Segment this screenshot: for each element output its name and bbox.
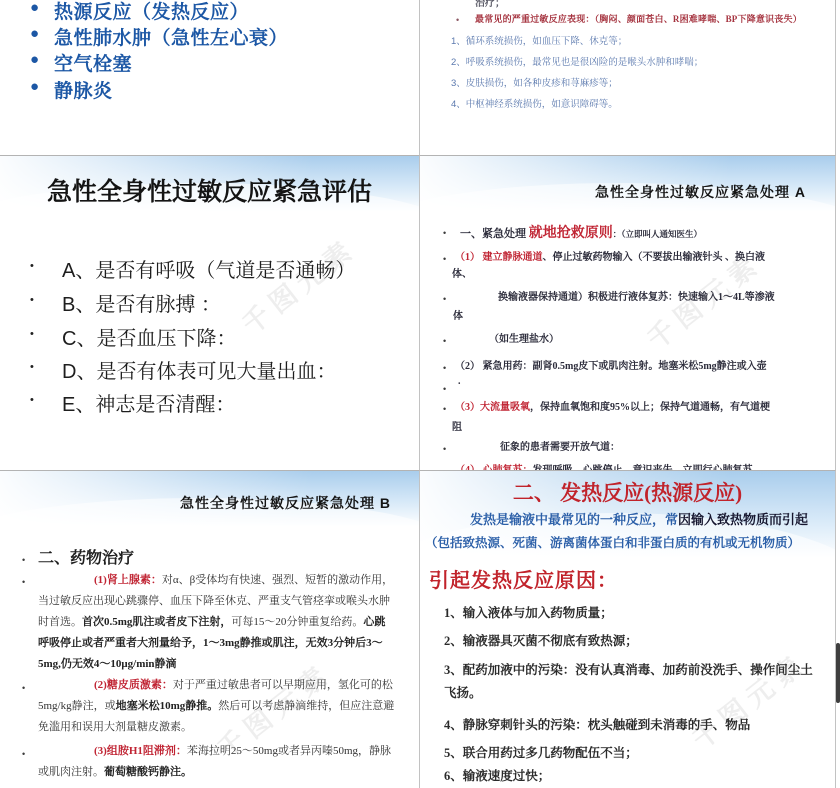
bullet-icon: • [443, 363, 446, 373]
list-item: 3、配药加液中的污染：没有认真消毒、加药前没洗手、操作间尘土飞扬。 [444, 659, 822, 705]
text-line: （2） 紧急用药：副肾0.5mg皮下或肌肉注射。地塞米松5mg静注或入壶 [455, 357, 767, 372]
list-item: 急性肺水肿（急性左心衰） [54, 23, 288, 50]
text-segment: 一、紧急处理 [460, 228, 529, 240]
paragraph: (2)糖皮质激素：对于严重过敏患者可以早期应用，氢化可的松5mg/kg静注，或地… [38, 675, 396, 738]
bullet-icon: • [22, 555, 25, 565]
text-line: . [458, 376, 461, 387]
slide-thumbnail-3[interactable]: 急性全身性过敏反应紧急评估 • A、是否有呼吸（气道是否通畅） • B、是否有脉… [0, 156, 420, 471]
text-segment: （1） 建立静脉通道 [455, 252, 543, 263]
text-segment: 葡萄糖酸钙静注。 [104, 766, 192, 778]
bullet-icon: ● [30, 0, 39, 16]
bullet-icon: ● [30, 51, 39, 68]
bullet-icon: • [30, 394, 34, 406]
list-item: A、是否有呼吸（气道是否通畅） [62, 254, 355, 283]
slide-thumbnail-1[interactable]: ● 热源反应（发热反应） ● 急性肺水肿（急性左心衰） ● 空气栓塞 ● 静脉炎 [0, 0, 420, 156]
bullet-icon: • [443, 404, 446, 414]
slide-thumbnail-6[interactable]: 二、 发热反应(热源反应) 发热是输液中最常见的一种反应，常因输入致热物质而引起… [420, 471, 836, 788]
list-item: 5、联合用药过多几药物配伍不当； [444, 742, 822, 765]
text-segment: 地塞米松10mg静推。 [116, 700, 219, 712]
text-line: 换输液器保持通道）积极进行液体复苏：快速输入1～4L等渗液 [498, 288, 775, 303]
scrollbar-thumb[interactable] [836, 643, 840, 703]
list-item: 2、呼吸系统损伤，最常见也是很凶险的是喉头水肿和哮喘； [451, 54, 703, 68]
bullet-icon: • [443, 294, 446, 304]
text-segment: 就地抢救原则 [529, 226, 613, 241]
list-item: B、是否有脉搏 ： [62, 288, 221, 317]
bullet-icon: • [443, 254, 446, 264]
bullet-icon: • [22, 577, 25, 587]
list-item: 6、输液速度过快； [444, 765, 822, 788]
text-segment: 首次0.5mg肌注或者皮下注射， [82, 616, 231, 628]
section-heading: 二、药物治疗 [38, 545, 134, 568]
bullet-icon: • [30, 260, 34, 272]
list-item: 热源反应（发热反应） [54, 0, 249, 24]
slide-title: 急性全身性过敏反应紧急处理 A [595, 182, 806, 202]
text-line: 阻 [452, 418, 462, 433]
list-item: C、是否血压下降： [62, 322, 236, 351]
list-item: 4、静脉穿刺针头的污染：枕头触碰到未消毒的手、物品 [444, 714, 822, 737]
bullet-icon: • [22, 749, 25, 759]
slide-title: 二、 发热反应(热源反应) [420, 477, 835, 507]
text-segment: 因输入致热物质而引起 [678, 512, 808, 527]
bullet-icon: • [30, 361, 34, 373]
bullet-icon: • [22, 683, 25, 693]
list-item: 3、皮肤损伤，如各种皮疹和荨麻疹等； [451, 75, 618, 89]
text-segment: 、停止过敏药物输入（不要拔出输液针头 、换白液 [543, 252, 766, 263]
list-item: 1、输入液体与加入药物质量； [444, 602, 822, 625]
bullet-icon: • [456, 15, 459, 25]
text-segment: (2)糖皮质激素： [94, 679, 173, 691]
bullet-icon: ● [30, 25, 39, 42]
bullet-icon: • [30, 328, 34, 340]
slide-thumbnail-4[interactable]: 急性全身性过敏反应紧急处理 A • 一、紧急处理 就地抢救原则：（立即叫人通知医… [420, 156, 836, 471]
bullet-icon: • [30, 294, 34, 306]
slide-title: 急性全身性过敏反应紧急处理 B [180, 493, 391, 513]
slide-grid: ● 热源反应（发热反应） ● 急性肺水肿（急性左心衰） ● 空气栓塞 ● 静脉炎… [0, 0, 840, 788]
clipped-text-line: 治疗； [475, 0, 505, 9]
text-segment: 发热是输液中最常见的一种反应，常 [470, 512, 678, 527]
list-item: 4、中枢神经系统损伤，如意识障碍等。 [451, 96, 618, 110]
bullet-icon: • [443, 336, 446, 346]
list-item: 静脉炎 [54, 76, 113, 103]
slide-thumbnail-2[interactable]: 治疗； • 最常见的严重过敏反应表现：（胸闷、颜面苍白、R困难哮喘、BP下降意识… [420, 0, 836, 156]
text-segment: (1)肾上腺素： [94, 574, 162, 586]
text-segment: ，保持血氧饱和度95%以上；保持气道通畅，有气道梗 [530, 402, 770, 413]
text-segment: （3）大流量吸氧 [455, 402, 530, 413]
text-line: （包括致热源、死菌、游离菌体蛋白和非蛋白质的有机或无机物质） [425, 533, 800, 551]
bullet-icon: • [443, 228, 446, 238]
bullet-icon: • [443, 384, 446, 394]
text-segment: ：（立即叫人通知医生） [613, 229, 702, 239]
slide-title: 急性全身性过敏反应紧急评估 [0, 172, 419, 208]
paragraph: (1)肾上腺素：对α、β受体均有快速、强烈、短暂的激动作用，当过敏反应出现心跳骤… [38, 570, 396, 675]
section-heading: 引起发热反应原因： [429, 564, 618, 593]
list-item: D、是否有体表可见大量出血： [62, 355, 336, 384]
text-segment: 苯海拉明25～50mg或者异丙嗪50mg，静脉或肌肉注射。 [38, 745, 391, 778]
list-item: 空气栓塞 [54, 49, 132, 76]
text-line: （如生理盐水） [489, 330, 559, 345]
text-line: 体、 [452, 265, 472, 280]
text-line: 体 [453, 307, 463, 322]
headline: 最常见的严重过敏反应表现：（胸闷、颜面苍白、R困难哮喘、BP下降意识丧失） [475, 12, 802, 25]
paragraph: (3)组胺H1阻滞剂：苯海拉明25～50mg或者异丙嗪50mg，静脉或肌肉注射。… [38, 741, 396, 783]
list-item: E、神志是否清醒： [62, 388, 235, 417]
text-segment: 可每15～20分钟重复给药。 [231, 616, 363, 628]
slide-thumbnail-5[interactable]: 急性全身性过敏反应紧急处理 B • 二、药物治疗 • (1)肾上腺素：对α、β受… [0, 471, 420, 788]
bullet-icon: ● [30, 78, 39, 95]
list-item: 2、输液器具灭菌不彻底有致热源； [444, 630, 822, 653]
bullet-icon: • [443, 444, 446, 454]
text-segment: (3)组胺H1阻滞剂： [94, 745, 187, 757]
list-item: 1、循环系统损伤，如血压下降、休克等； [451, 33, 627, 47]
text-line: 征象的患者需要开放气道： [500, 438, 620, 453]
